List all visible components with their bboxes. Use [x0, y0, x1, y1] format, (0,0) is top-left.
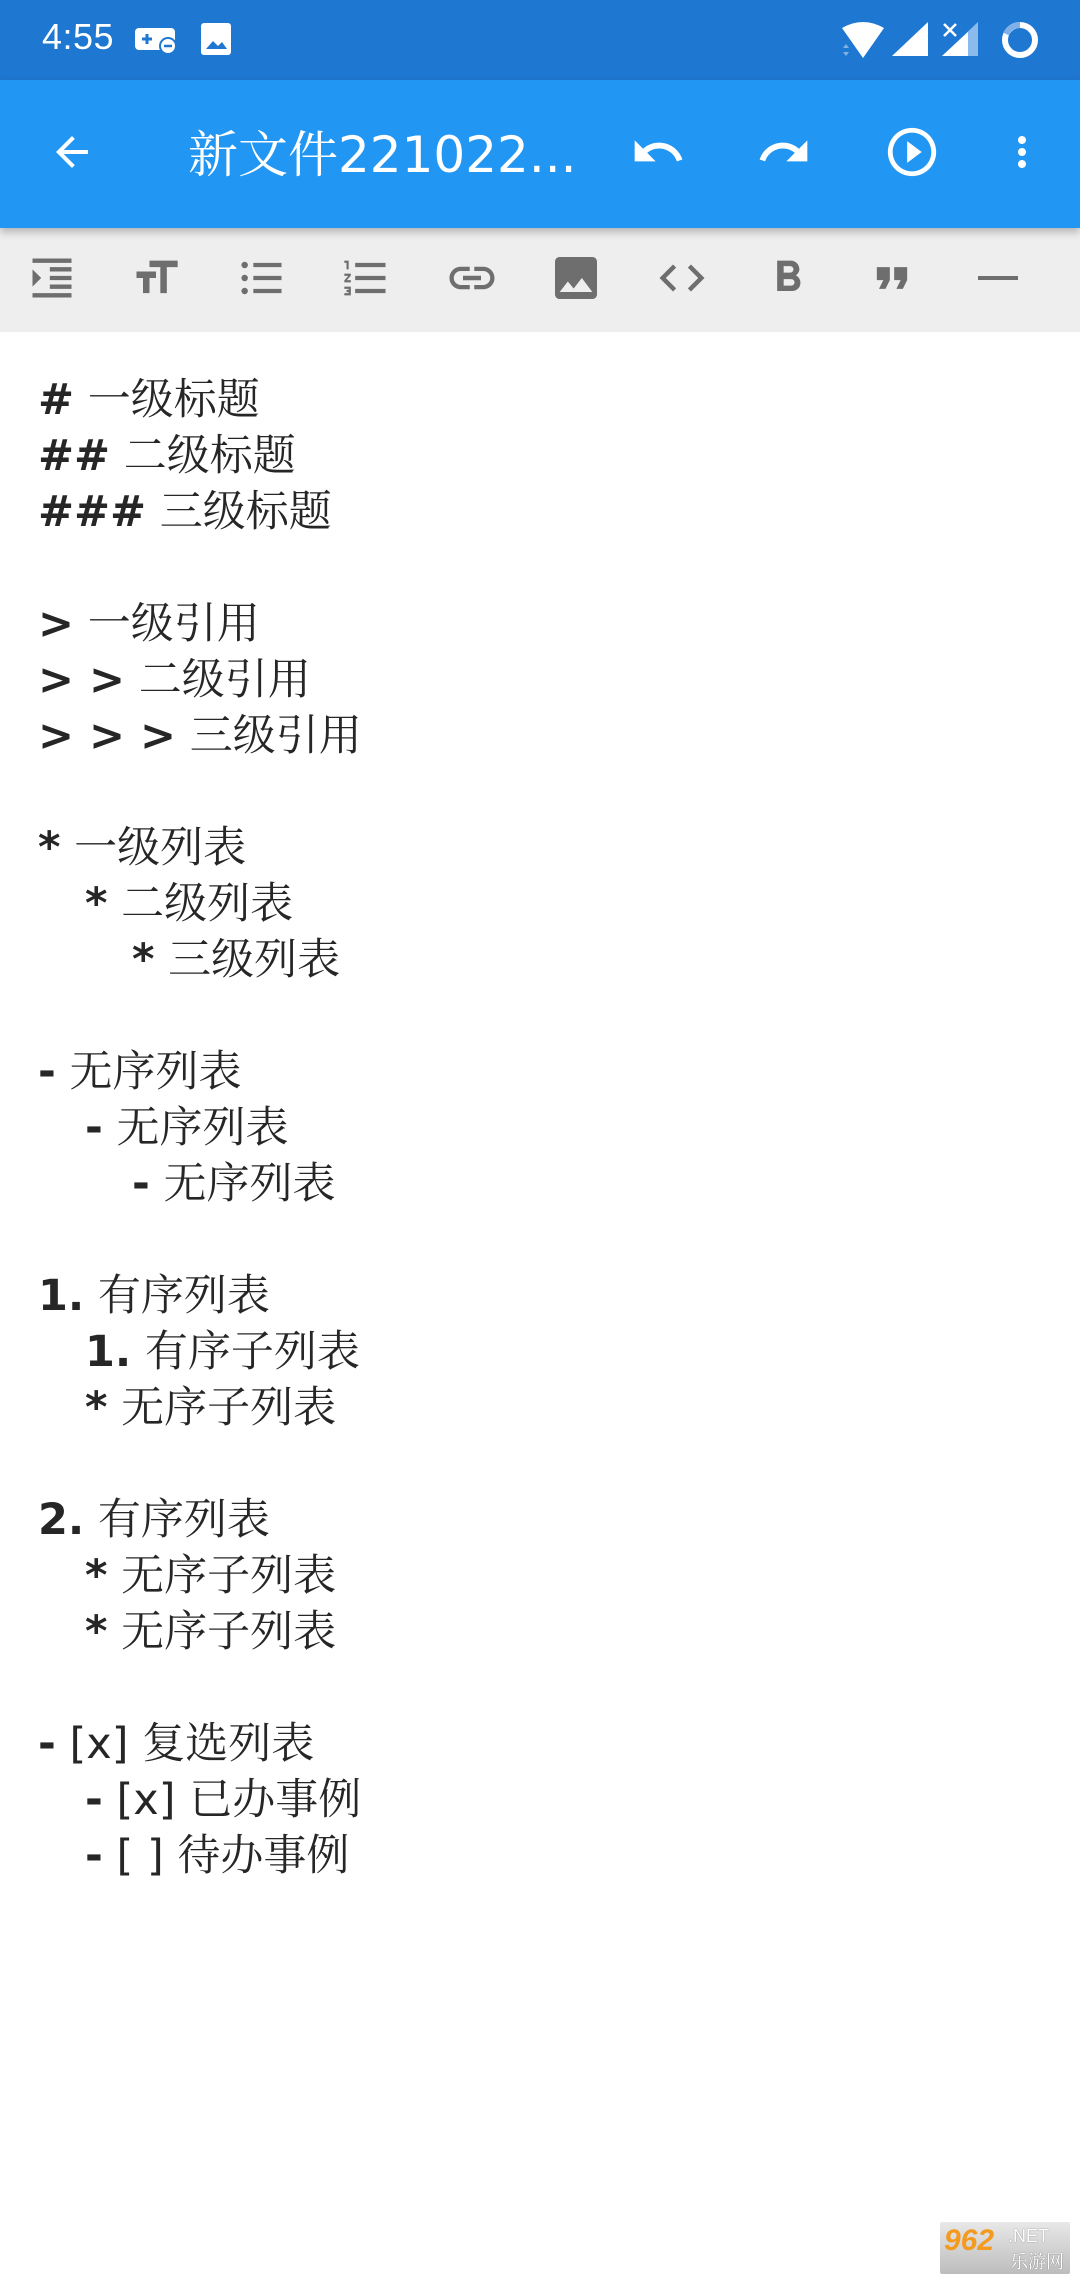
- markdown-marker: *: [85, 1383, 108, 1433]
- indent-button[interactable]: [20, 248, 84, 312]
- watermark-number: 962: [944, 2224, 994, 2258]
- watermark-chinese: 乐游网: [1010, 2248, 1064, 2274]
- line-text: 无序子列表: [108, 1383, 337, 1433]
- watermark-suffix: .NET: [1008, 2226, 1049, 2247]
- markdown-marker: *: [85, 879, 108, 929]
- markdown-marker: -: [85, 1831, 103, 1881]
- line-text: 二级标题: [110, 431, 296, 481]
- markdown-marker: *: [132, 935, 155, 985]
- markdown-marker: 1.: [85, 1327, 131, 1377]
- line-text: 三级引用: [176, 711, 362, 761]
- undo-icon: [630, 124, 686, 184]
- editor-line: - [x] 复选列表: [38, 1716, 314, 1772]
- text-size-button[interactable]: [124, 248, 188, 312]
- editor-line: - 无序列表: [85, 1100, 289, 1156]
- more-options-button[interactable]: [982, 114, 1062, 194]
- markdown-marker: -: [132, 1159, 150, 1209]
- line-text: [x] 已办事例: [103, 1775, 361, 1825]
- line-text: 有序子列表: [131, 1327, 360, 1377]
- insert-image-icon: [548, 250, 604, 310]
- play-circle-icon: [883, 123, 941, 185]
- editor-line: * 无序子列表: [85, 1548, 336, 1604]
- battery-ring-icon: [1000, 20, 1040, 64]
- line-text: 无序子列表: [108, 1607, 337, 1657]
- editor-line: - 无序列表: [132, 1156, 336, 1212]
- line-text: 二级列表: [108, 879, 294, 929]
- markdown-marker: > > >: [38, 711, 176, 761]
- more-tools-partial[interactable]: [1072, 248, 1080, 312]
- bulleted-list-button[interactable]: [230, 248, 294, 312]
- line-text: 无序子列表: [108, 1551, 337, 1601]
- line-text: 一级标题: [74, 375, 260, 425]
- undo-button[interactable]: [618, 114, 698, 194]
- markdown-marker: -: [85, 1103, 103, 1153]
- format-quote-icon: [866, 252, 918, 308]
- line-text: 无序列表: [103, 1103, 289, 1153]
- markdown-marker: -: [85, 1775, 103, 1825]
- markdown-marker: ##: [38, 431, 110, 481]
- editor-line: - 无序列表: [38, 1044, 242, 1100]
- redo-button[interactable]: [744, 114, 824, 194]
- app-bar: 新文件221022...: [0, 80, 1080, 228]
- line-text: 三级标题: [146, 487, 332, 537]
- editor-line: * 三级列表: [132, 932, 340, 988]
- numbered-list-icon: [340, 252, 392, 308]
- line-text: 一级列表: [61, 823, 247, 873]
- line-text: 有序列表: [84, 1271, 270, 1321]
- format-toolbar: [0, 228, 1080, 332]
- markdown-marker: 1.: [38, 1271, 84, 1321]
- quote-button[interactable]: [860, 248, 924, 312]
- markdown-marker: -: [38, 1719, 56, 1769]
- horizontal-rule-icon: [974, 254, 1022, 306]
- markdown-marker: #: [38, 375, 74, 425]
- code-icon: [655, 251, 709, 309]
- line-text: [x] 复选列表: [56, 1719, 314, 1769]
- numbered-list-button[interactable]: [334, 248, 398, 312]
- image-button[interactable]: [544, 248, 608, 312]
- line-text: 一级引用: [74, 599, 260, 649]
- editor-line: ## 二级标题: [38, 428, 296, 484]
- watermark-logo: 962 .NET 乐游网: [940, 2222, 1070, 2274]
- editor-line: * 无序子列表: [85, 1604, 336, 1660]
- status-bar: 4:55: [0, 0, 1080, 80]
- line-text: [ ] 待办事例: [103, 1831, 350, 1881]
- signal-no-service-icon: [940, 20, 980, 62]
- editor-line: - [ ] 待办事例: [85, 1828, 349, 1884]
- markdown-marker: > >: [38, 655, 125, 705]
- markdown-marker: *: [85, 1607, 108, 1657]
- bold-icon: [762, 252, 814, 308]
- editor-line: 1. 有序列表: [38, 1268, 270, 1324]
- more-vert-icon: [998, 128, 1046, 180]
- markdown-marker: ###: [38, 487, 146, 537]
- image-icon: [200, 22, 232, 60]
- line-text: 二级引用: [125, 655, 311, 705]
- markdown-marker: -: [38, 1047, 56, 1097]
- back-button[interactable]: [32, 114, 112, 194]
- signal-icon: [890, 20, 930, 62]
- editor-line: > > 二级引用: [38, 652, 311, 708]
- editor-line: - [x] 已办事例: [85, 1772, 361, 1828]
- markdown-marker: >: [38, 599, 74, 649]
- editor-line: ### 三级标题: [38, 484, 332, 540]
- markdown-editor[interactable]: # 一级标题 ## 二级标题 ### 三级标题 > 一级引用 > > 二级引用 …: [0, 332, 1080, 2280]
- line-text: 有序列表: [84, 1495, 270, 1545]
- editor-line: * 无序子列表: [85, 1380, 336, 1436]
- editor-line: * 一级列表: [38, 820, 246, 876]
- markdown-marker: *: [38, 823, 61, 873]
- status-time: 4:55: [42, 16, 114, 58]
- gamepad-icon: [134, 26, 178, 58]
- editor-line: > > > 三级引用: [38, 708, 362, 764]
- bulleted-list-icon: [236, 252, 288, 308]
- link-button[interactable]: [440, 248, 504, 312]
- preview-button[interactable]: [872, 114, 952, 194]
- line-text: 三级列表: [155, 935, 341, 985]
- redo-icon: [756, 124, 812, 184]
- text-size-icon: [130, 252, 182, 308]
- line-text: 无序列表: [56, 1047, 242, 1097]
- wifi-icon: [840, 20, 886, 64]
- editor-line: > 一级引用: [38, 596, 260, 652]
- markdown-marker: *: [85, 1551, 108, 1601]
- document-title: 新文件221022...: [188, 120, 577, 190]
- link-icon: [445, 251, 499, 309]
- editor-line: # 一级标题: [38, 372, 260, 428]
- editor-line: 2. 有序列表: [38, 1492, 270, 1548]
- editor-line: * 二级列表: [85, 876, 293, 932]
- arrow-back-icon: [48, 128, 96, 180]
- horizontal-rule-button[interactable]: [966, 248, 1030, 312]
- format-indent-icon: [26, 252, 78, 308]
- markdown-marker: 2.: [38, 1495, 84, 1545]
- line-text: 无序列表: [150, 1159, 336, 1209]
- code-button[interactable]: [650, 248, 714, 312]
- bold-button[interactable]: [756, 248, 820, 312]
- editor-line: 1. 有序子列表: [85, 1324, 360, 1380]
